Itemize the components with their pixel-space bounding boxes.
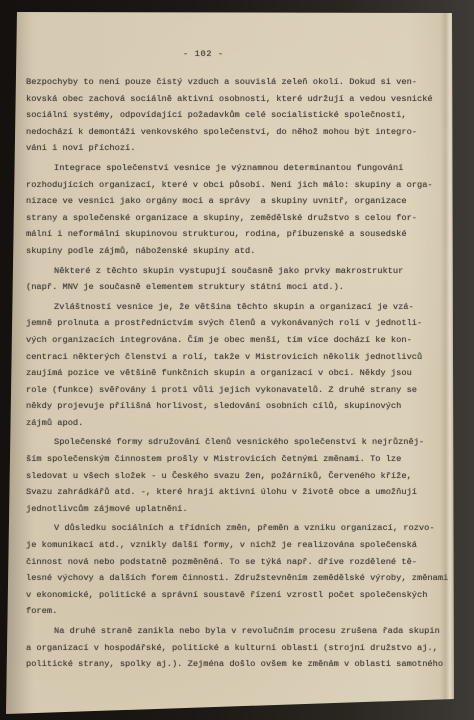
page-number: - 102 - xyxy=(183,46,224,63)
text-line: váni i noví příchozí. xyxy=(26,140,450,157)
paragraph: Společenské formy sdružování členů vesni… xyxy=(26,434,450,517)
text-line: někdy projevuje přílišná horlivost, sled… xyxy=(26,398,450,415)
text-line: role (funkce) svěřovány i proti vůli jej… xyxy=(26,382,450,399)
paper-sheet: - 102 - Bezpochyby to není pouze čistý v… xyxy=(0,0,474,720)
text-line: Na druhé straně zanikla nebo byla v revo… xyxy=(26,623,450,640)
text-line: Svazu zahrádkářů atd. -, které hrají akt… xyxy=(26,484,450,501)
paragraph: Některé z těchto skupin vystupují součas… xyxy=(26,263,450,296)
text-line: sledovat u všech složek - u Českého svaz… xyxy=(26,468,450,485)
scanned-document-page: - 102 - Bezpochyby to není pouze čistý v… xyxy=(0,0,474,720)
text-line: sociální systémy, odpovídající požadavků… xyxy=(26,107,450,124)
text-line: lesné výchovy a dalších forem činnosti. … xyxy=(26,570,450,587)
text-line: Bezpochyby to není pouze čistý vzduch a … xyxy=(26,74,450,91)
text-line: strany a společenské organizace a skupin… xyxy=(26,210,450,227)
text-line: nedochází k demontáži venkovského společ… xyxy=(26,124,450,141)
text-line: forem. xyxy=(26,603,450,620)
text-line: Společenské formy sdružování členů vesni… xyxy=(26,434,450,451)
text-line: politické strany, spolky aj.). Zejména d… xyxy=(26,656,450,673)
text-line: zájmů apod. xyxy=(26,415,450,432)
paragraph: Bezpochyby to není pouze čistý vzduch a … xyxy=(26,74,450,157)
text-line: jemně prolnuta a prostřednictvím svých č… xyxy=(26,315,450,332)
paragraph: Na druhé straně zanikla nebo byla v revo… xyxy=(26,623,450,673)
page-text: Bezpochyby to není pouze čistý vzduch a … xyxy=(26,74,450,673)
text-line: mální i neformální skupinovou strukturou… xyxy=(26,226,450,243)
text-line: ším společenským činnostem prošly v Mist… xyxy=(26,451,450,468)
text-line: a organizací v hospodářské, politické a … xyxy=(26,640,450,657)
text-line: Integrace společenství vesnice je význam… xyxy=(26,160,450,177)
text-line: (např. MNV je současně elementem struktu… xyxy=(26,279,450,296)
text-line: kovská obec zachová sociálně aktivní oso… xyxy=(26,91,450,108)
text-line: Některé z těchto skupin vystupují součas… xyxy=(26,263,450,280)
text-line: V důsledku sociálních a třídních změn, p… xyxy=(26,520,450,537)
text-line: činnost nová nebo podstatně pozměněná. T… xyxy=(26,554,450,571)
text-line: v ekonomické, politické a správní sousta… xyxy=(26,587,450,604)
text-line: zaujímá pozice ve většině funkčních skup… xyxy=(26,365,450,382)
text-line: Zvláštností vesnice je, že většina těcht… xyxy=(26,299,450,316)
text-line: rozhodujících organizací, které v obci p… xyxy=(26,177,450,194)
paragraph: Zvláštností vesnice je, že většina těcht… xyxy=(26,299,450,432)
paragraph: Integrace společenství vesnice je význam… xyxy=(26,160,450,260)
text-line: je komunikací atd., vznikly další formy,… xyxy=(26,537,450,554)
text-line: skupiny podle zájmů, náboženské skupiny … xyxy=(26,243,450,260)
text-line: vých organizacích integrována. Čím je ob… xyxy=(26,332,450,349)
paragraph: V důsledku sociálních a třídních změn, p… xyxy=(26,520,450,620)
text-line: nizace ve vesnici jako orgány moci a spr… xyxy=(26,193,450,210)
text-line: centraci některých členství a rolí, takž… xyxy=(26,349,450,366)
text-line: jednotlivcům zájmové uplatnění. xyxy=(26,501,450,518)
